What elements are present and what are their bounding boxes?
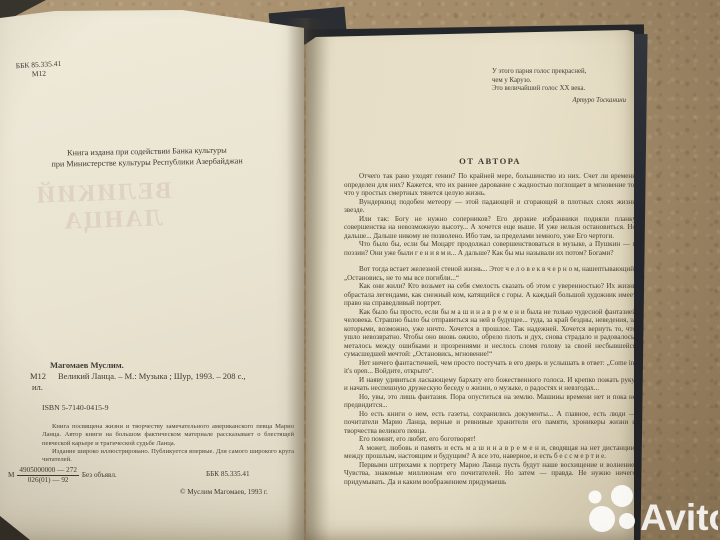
chapter-heading: ОТ АВТОРА bbox=[344, 156, 636, 166]
epigraph-attribution: Артуро Тосканини bbox=[492, 97, 626, 106]
catalog-prefix: М bbox=[8, 471, 14, 479]
entry-code: М12 bbox=[30, 371, 46, 382]
epigraph-line: Это величайший голос XX века. bbox=[492, 85, 626, 94]
body-paragraph: Как было бы просто, если бы м а ш и н а … bbox=[344, 308, 636, 359]
catalog-index-formula: М 4905000000 — 272 026(01) — 92 Без объя… bbox=[8, 466, 117, 484]
body-paragraph: Но есть книги о нем, есть газеты, сохран… bbox=[344, 410, 636, 436]
epigraph-line: У этого парня голос прекрасней, bbox=[492, 68, 626, 77]
body-paragraph: Его помнят, его любят, его боготворят! bbox=[344, 435, 636, 444]
catalog-fraction: 4905000000 — 272 026(01) — 92 bbox=[17, 466, 79, 484]
publisher-credit: Книга издана при содействии Банка культу… bbox=[4, 144, 290, 171]
book-photo: ББК 85.335.41 М12 Книга издана при содей… bbox=[0, 0, 720, 540]
avito-watermark: Avito bbox=[586, 482, 718, 540]
body-paragraph: Отчего так рано уходят гении? По крайней… bbox=[344, 172, 636, 198]
author-name: Магомаев Муслим. bbox=[50, 360, 292, 371]
body-paragraph: Как они жили? Кто возьмет на себя смелос… bbox=[344, 282, 636, 308]
body-paragraph: Но, увы, это лишь фантазия. Пора опустит… bbox=[344, 393, 636, 410]
entry-title: Великий Ланца. – М.: Музыка ; Шур, 1993.… bbox=[58, 371, 246, 381]
avito-logo-icon: Avito bbox=[586, 482, 718, 538]
body-paragraph: А может, любовь и память и есть м а ш и … bbox=[344, 444, 636, 461]
epigraph-line: чем у Карузо. bbox=[492, 77, 626, 86]
isbn: ISBN 5-7140-0415-9 bbox=[42, 402, 292, 413]
catalog-denominator: 026(01) — 92 bbox=[17, 476, 79, 485]
body-paragraph: И наяву удивиться ласкающему бархату его… bbox=[344, 376, 636, 393]
bbk-bottom: ББК 85.335.41 bbox=[206, 470, 250, 478]
body-paragraph: Вот тогда встает железной стеной жизнь..… bbox=[344, 265, 636, 282]
avito-wordmark: Avito bbox=[640, 497, 718, 538]
annotation-paragraph: Издание широко иллюстрировано. Публикует… bbox=[42, 448, 294, 465]
chapter-body: Отчего так рано уходят гении? По крайней… bbox=[344, 172, 636, 486]
left-page: ББК 85.335.41 М12 Книга издана при содей… bbox=[0, 8, 304, 540]
show-through-title-text: ВЕЛИКИЙ ЛАНЦА bbox=[51, 178, 173, 236]
epigraph: У этого парня голос прекрасней, чем у Ка… bbox=[492, 68, 626, 105]
copyright-line: © Муслим Магомаев, 1993 г. bbox=[180, 488, 268, 496]
body-paragraph: Что было бы, если бы Моцарт продолжал со… bbox=[344, 240, 636, 257]
body-paragraph: Или так: Богу не нужно соперников? Его д… bbox=[344, 215, 636, 241]
body-paragraph: Нет ничего фантастичней, чем просто пост… bbox=[344, 359, 636, 376]
catalog-numerator: 4905000000 — 272 bbox=[17, 466, 79, 476]
catalog-suffix: Без объявл. bbox=[82, 471, 117, 479]
annotation-paragraph: Книга посвящена жизни и творчеству замеч… bbox=[42, 423, 294, 448]
annotation: Книга посвящена жизни и творчеству замеч… bbox=[42, 423, 294, 464]
entry-continuation: ил. bbox=[32, 382, 292, 393]
bibliographic-record: Магомаев Муслим. М12 Великий Ланца. – М.… bbox=[30, 360, 292, 464]
right-page: У этого парня голос прекрасней, чем у Ка… bbox=[306, 30, 634, 540]
body-paragraph: Вундеркинд подобен метеору — этой падающ… bbox=[344, 198, 636, 215]
bbk-classification: ББК 85.335.41 М12 bbox=[16, 59, 62, 79]
catalog-entry: М12 Великий Ланца. – М.: Музыка ; Шур, 1… bbox=[30, 371, 292, 393]
